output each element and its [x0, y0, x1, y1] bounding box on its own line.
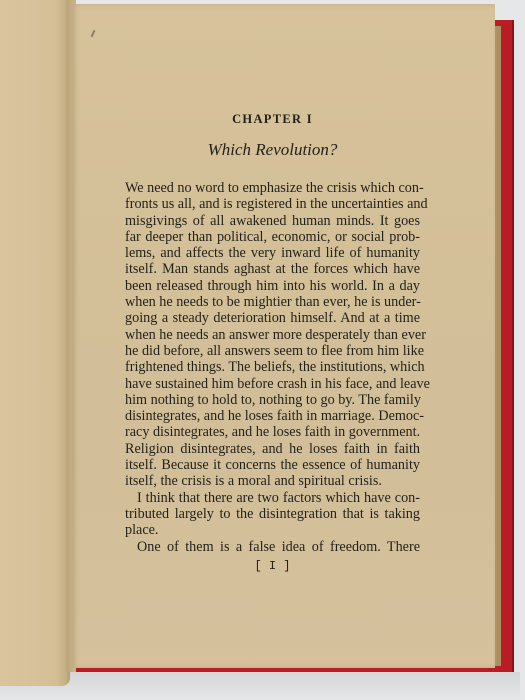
- text-line: itself, the crisis is a moral and spirit…: [125, 473, 420, 489]
- text-line: racy disintegrates, and he loses faith i…: [125, 424, 420, 440]
- page-number: [ I ]: [125, 558, 420, 574]
- body-text: We need no word to emphasize the crisis …: [125, 180, 420, 555]
- text-line: tributed largely to the disintegration t…: [125, 506, 420, 522]
- text-line: disintegrates, and he loses faith in mar…: [125, 408, 420, 424]
- left-page: [0, 0, 70, 686]
- text-line: fronts us all, and is registered in the …: [125, 196, 420, 212]
- text-line: We need no word to emphasize the crisis …: [125, 180, 420, 196]
- text-line: lems, and affects the very inward life o…: [125, 245, 420, 261]
- text-line: when he needs an answer more desperately…: [125, 327, 420, 343]
- text-line: him nothing to hold to, nothing to go by…: [125, 392, 420, 408]
- text-line: place.: [125, 522, 420, 538]
- text-line: itself. Man stands aghast at the forces …: [125, 261, 420, 277]
- text-line: One of them is a false idea of freedom. …: [125, 539, 420, 555]
- text-line: been released through him into his world…: [125, 278, 420, 294]
- text-line: going a steady deterioration himself. An…: [125, 310, 420, 326]
- text-line: frightened things. The beliefs, the inst…: [125, 359, 420, 375]
- text-line: have sustained him before crash in his f…: [125, 376, 420, 392]
- text-line: far deeper than political, economic, or …: [125, 229, 420, 245]
- text-line: itself. Because it concerns the essence …: [125, 457, 420, 473]
- chapter-label: CHAPTER I: [125, 110, 420, 128]
- page-text-block: CHAPTER I Which Revolution? We need no w…: [125, 110, 420, 574]
- text-line: Religion disintegrates, and he loses fai…: [125, 441, 420, 457]
- text-line: when he needs to be mightier than ever, …: [125, 294, 420, 310]
- table-shadow: [0, 672, 520, 700]
- text-line: misgivings of all awakened human minds. …: [125, 213, 420, 229]
- text-line: he did before, all answers seem to flee …: [125, 343, 420, 359]
- text-line: I think that there are two factors which…: [125, 490, 420, 506]
- chapter-title: Which Revolution?: [125, 139, 420, 161]
